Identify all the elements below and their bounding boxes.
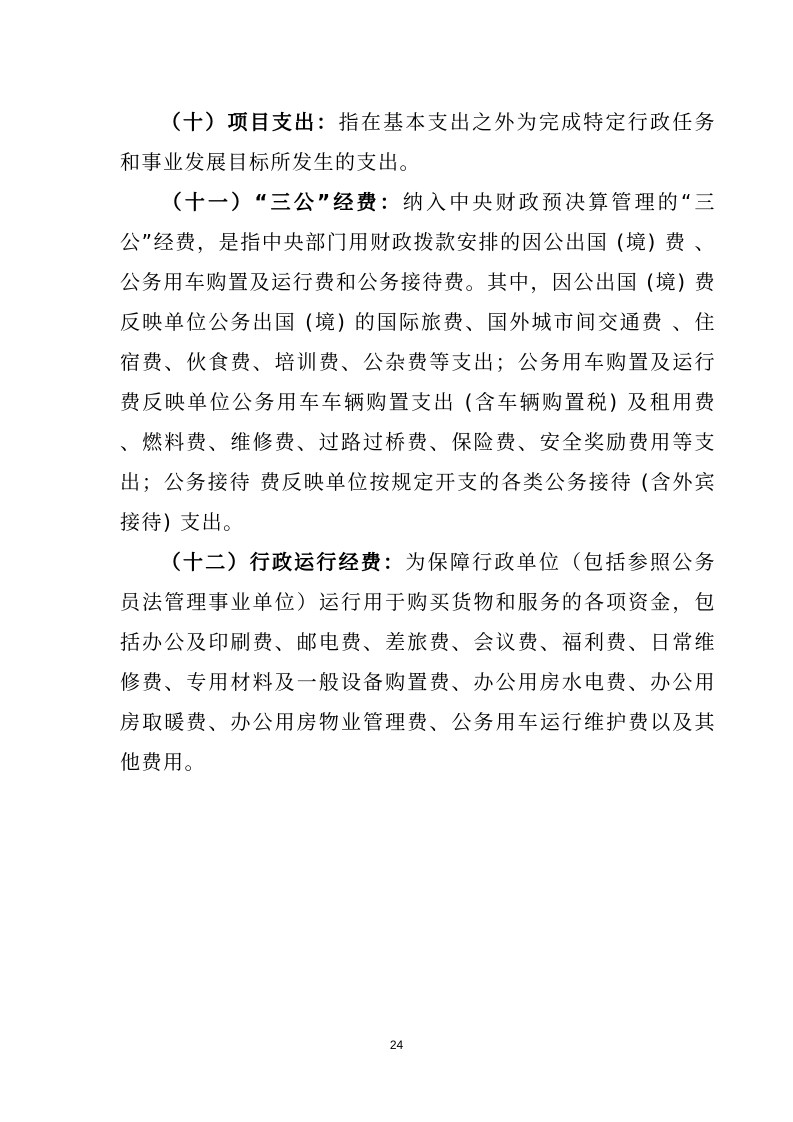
page-number: 24 bbox=[0, 1038, 793, 1052]
document-body: （十）项目支出：指在基本支出之外为完成特定行政任务和事业发展目标所发生的支出。 … bbox=[120, 102, 716, 782]
paragraph-three-public-expenses: （十一）“三公”经费：纳入中央财政预决算管理的“三公”经费，是指中央部门用财政拨… bbox=[120, 182, 716, 542]
term-heading: （十一）“三公”经费： bbox=[160, 190, 403, 214]
term-heading: （十）项目支出： bbox=[160, 110, 339, 134]
paragraph-text: 纳入中央财政预决算管理的“三公”经费，是指中央部门用财政拨款安排的因公出国 (境… bbox=[120, 190, 716, 534]
term-heading: （十二）行政运行经费： bbox=[160, 550, 405, 574]
paragraph-administrative-operating-expenses: （十二）行政运行经费：为保障行政单位（包括参照公务员法管理事业单位）运行用于购买… bbox=[120, 542, 716, 782]
paragraph-project-expenditure: （十）项目支出：指在基本支出之外为完成特定行政任务和事业发展目标所发生的支出。 bbox=[120, 102, 716, 182]
paragraph-text: 为保障行政单位（包括参照公务员法管理事业单位）运行用于购买货物和服务的各项资金，… bbox=[120, 550, 716, 774]
